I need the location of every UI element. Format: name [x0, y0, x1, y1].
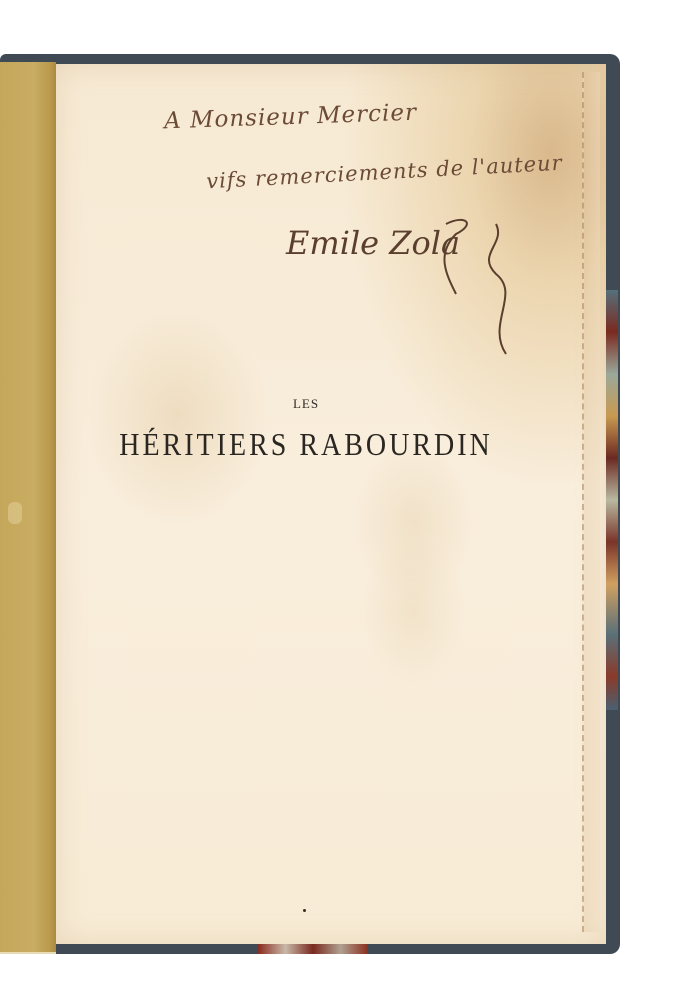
page-deckle-edge [582, 72, 600, 932]
inscription-line-2: vifs remerciements de l'auteur [206, 151, 564, 194]
title-article: LES [56, 396, 556, 412]
yellow-flyleaf [0, 62, 56, 954]
signature-flourish-icon [426, 214, 536, 364]
marbled-endpaper-edge [606, 290, 618, 710]
marbled-endpaper-bottom [258, 944, 368, 954]
flyleaf-stain [8, 502, 22, 524]
inscription-line-1: A Monsieur Mercier [164, 100, 418, 135]
book-title: HÉRITIERS RABOURDIN [56, 428, 556, 465]
title-page: A Monsieur Mercier vifs remerciements de… [56, 64, 606, 944]
paper-speck [303, 909, 306, 912]
